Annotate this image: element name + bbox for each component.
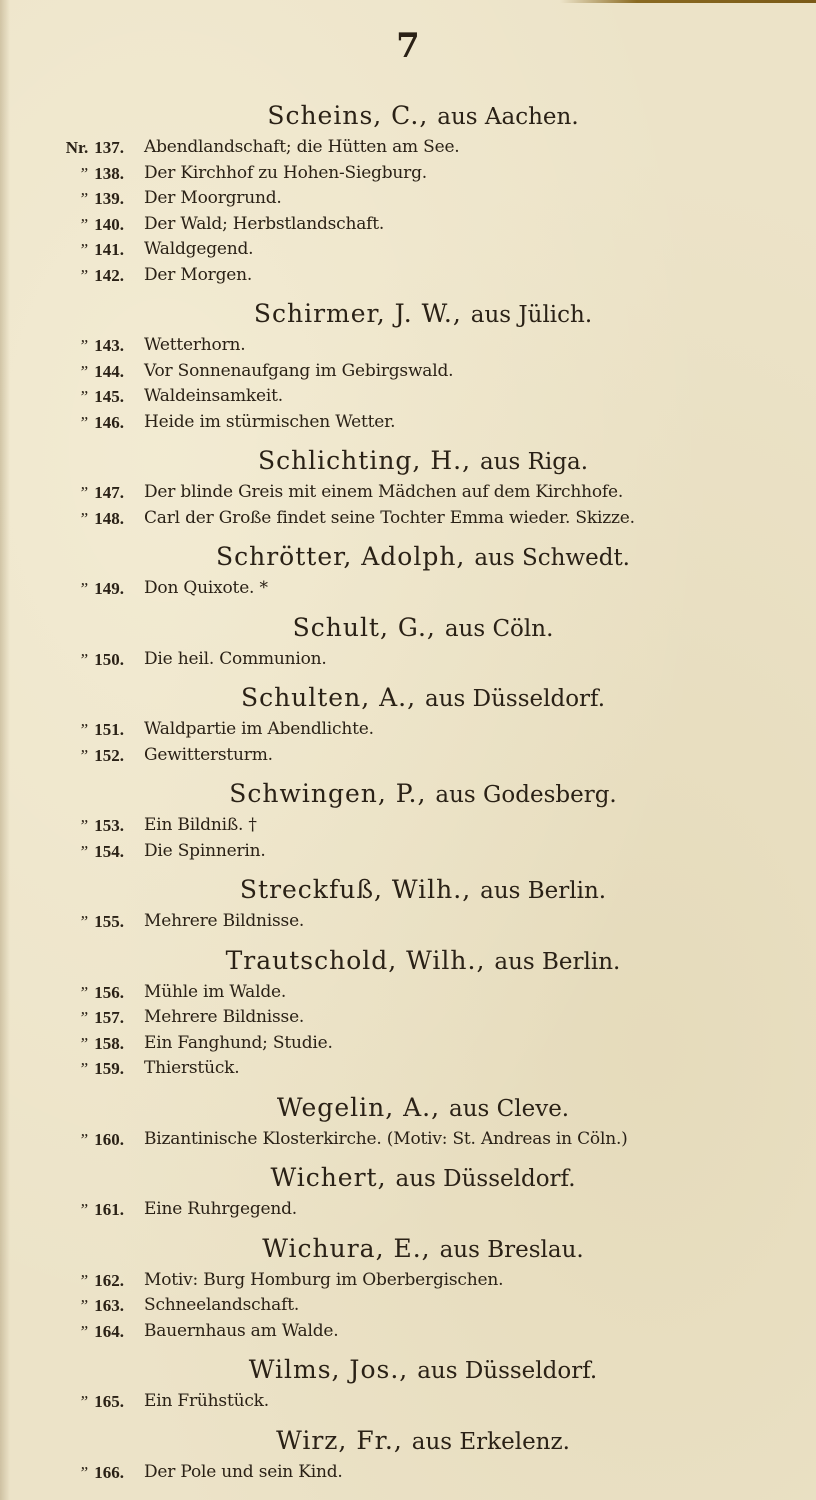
entry-number-value: 157. <box>94 1008 124 1027</box>
entry-number-value: 146. <box>94 413 124 432</box>
entry-number-value: 141. <box>94 240 124 259</box>
entry-title: Motiv: Burg Homburg im Oberbergischen. <box>144 1268 503 1294</box>
artist-origin: aus Berlin. <box>480 878 606 904</box>
entry-number: ”163. <box>40 1293 124 1319</box>
entry-number: ”158. <box>40 1031 124 1057</box>
entry-number-value: 163. <box>94 1296 124 1315</box>
entry-number: ”153. <box>40 813 124 839</box>
entry-prefix: ” <box>79 336 88 355</box>
entry-number-value: 145. <box>94 387 124 406</box>
entry-title: Die heil. Communion. <box>144 647 327 673</box>
entry-title: Ein Fanghund; Studie. <box>144 1031 333 1057</box>
catalog-entry: ”147.Der blinde Greis mit einem Mädchen … <box>0 480 816 506</box>
catalog-entry: ”166.Der Pole und sein Kind. <box>0 1460 816 1486</box>
catalog-entry: ”150.Die heil. Communion. <box>0 647 816 673</box>
artist-origin: aus Düsseldorf. <box>425 686 605 712</box>
entry-prefix: ” <box>79 266 88 285</box>
entry-title: Vor Sonnenaufgang im Gebirgswald. <box>144 359 453 385</box>
entry-title: Carl der Große findet seine Tochter Emma… <box>144 506 635 532</box>
entry-prefix: ” <box>79 509 88 528</box>
entry-number: ”144. <box>40 359 124 385</box>
entry-prefix: ” <box>79 1059 88 1078</box>
entry-title: Gewittersturm. <box>144 743 273 769</box>
entry-number-value: 154. <box>94 842 124 861</box>
entry-prefix: ” <box>79 1463 88 1482</box>
entry-number: ”148. <box>40 506 124 532</box>
entry-title: Der Pole und sein Kind. <box>144 1460 343 1486</box>
entry-prefix: ” <box>79 1271 88 1290</box>
artist-heading: Schirmer, J. W., aus Jülich. <box>0 296 816 333</box>
entry-number: ”157. <box>40 1005 124 1031</box>
catalog-entry: ”138.Der Kirchhof zu Hohen-Siegburg. <box>0 161 816 187</box>
entry-number-value: 160. <box>94 1130 124 1149</box>
entry-prefix: ” <box>79 720 88 739</box>
entry-prefix: ” <box>79 1296 88 1315</box>
entry-number-value: 156. <box>94 983 124 1002</box>
entry-prefix: ” <box>79 650 88 669</box>
entry-number-value: 159. <box>94 1059 124 1078</box>
artist-heading: Trautschold, Wilh., aus Berlin. <box>0 943 816 980</box>
catalog-entry: ”151.Waldpartie im Abendlichte. <box>0 717 816 743</box>
entry-title: Ein Bildniß. † <box>144 813 257 839</box>
entry-number: ”166. <box>40 1460 124 1486</box>
artist-name: Schrötter, Adolph, <box>216 542 465 571</box>
entry-number-value: 138. <box>94 164 124 183</box>
catalog-entry: ”143.Wetterhorn. <box>0 333 816 359</box>
entry-number-value: 150. <box>94 650 124 669</box>
entry-number: ”139. <box>40 186 124 212</box>
entry-prefix: ” <box>79 816 88 835</box>
artist-heading: Wegelin, A., aus Cleve. <box>0 1090 816 1127</box>
artist-heading: Scheins, C., aus Aachen. <box>0 98 816 135</box>
entry-number-value: 149. <box>94 579 124 598</box>
catalog-entry: ”144.Vor Sonnenaufgang im Gebirgswald. <box>0 359 816 385</box>
entry-prefix: ” <box>79 983 88 1002</box>
entry-prefix: ” <box>79 483 88 502</box>
entry-number: ”162. <box>40 1268 124 1294</box>
artist-name: Trautschold, Wilh., <box>226 946 486 975</box>
entry-prefix: ” <box>79 1130 88 1149</box>
entry-prefix: ” <box>79 215 88 234</box>
entry-title: Don Quixote. * <box>144 576 268 602</box>
entry-title: Der Moorgrund. <box>144 186 282 212</box>
entry-title: Waldeinsamkeit. <box>144 384 283 410</box>
entry-number: Nr.137. <box>40 135 124 161</box>
entry-title: Bauernhaus am Walde. <box>144 1319 338 1345</box>
entry-title: Waldpartie im Abendlichte. <box>144 717 374 743</box>
artist-name: Wegelin, A., <box>277 1093 440 1122</box>
artist-name: Wilms, Jos., <box>249 1355 408 1384</box>
catalog-entry: ”164.Bauernhaus am Walde. <box>0 1319 816 1345</box>
artist-heading: Wichert, aus Düsseldorf. <box>0 1160 816 1197</box>
entry-title: Thierstück. <box>144 1056 239 1082</box>
artist-name: Schwingen, P., <box>229 779 426 808</box>
catalog-entry: ”149.Don Quixote. * <box>0 576 816 602</box>
artist-origin: aus Cöln. <box>445 616 554 642</box>
artist-origin: aus Aachen. <box>437 104 578 130</box>
page-top-edge <box>560 0 816 3</box>
entry-title: Ein Frühstück. <box>144 1389 269 1415</box>
artist-heading: Wichura, E., aus Breslau. <box>0 1231 816 1268</box>
artist-name: Wichura, E., <box>262 1234 430 1263</box>
entry-number: ”155. <box>40 909 124 935</box>
entry-number: ”151. <box>40 717 124 743</box>
artist-origin: aus Cleve. <box>449 1096 569 1122</box>
entry-prefix: ” <box>79 240 88 259</box>
entry-number-value: 152. <box>94 746 124 765</box>
entry-number: ”142. <box>40 263 124 289</box>
entry-number: ”138. <box>40 161 124 187</box>
artist-heading: Streckfuß, Wilh., aus Berlin. <box>0 872 816 909</box>
artist-origin: aus Erkelenz. <box>412 1429 570 1455</box>
catalog-entry: ”145.Waldeinsamkeit. <box>0 384 816 410</box>
entry-title: Heide im stürmischen Wetter. <box>144 410 395 436</box>
entry-number-value: 140. <box>94 215 124 234</box>
entry-number: ”143. <box>40 333 124 359</box>
artist-name: Wichert, <box>270 1163 386 1192</box>
catalog-entry: ”152.Gewittersturm. <box>0 743 816 769</box>
entry-title: Der Morgen. <box>144 263 252 289</box>
entry-title: Der blinde Greis mit einem Mädchen auf d… <box>144 480 623 506</box>
entry-title: Der Kirchhof zu Hohen-Siegburg. <box>144 161 427 187</box>
entry-prefix: ” <box>79 164 88 183</box>
catalog-entry: ”165.Ein Frühstück. <box>0 1389 816 1415</box>
entry-number: ”149. <box>40 576 124 602</box>
catalog-entry: ”140.Der Wald; Herbstlandschaft. <box>0 212 816 238</box>
entry-prefix: ” <box>79 413 88 432</box>
catalog-entry: ”142.Der Morgen. <box>0 263 816 289</box>
entry-number: ”140. <box>40 212 124 238</box>
entry-number-value: 148. <box>94 509 124 528</box>
catalog-entry: ”148.Carl der Große findet seine Tochter… <box>0 506 816 532</box>
entry-number: ”154. <box>40 839 124 865</box>
artist-origin: aus Breslau. <box>440 1237 584 1263</box>
catalog-entry: ”161.Eine Ruhrgegend. <box>0 1197 816 1223</box>
artist-origin: aus Schwedt. <box>474 545 630 571</box>
artist-origin: aus Düsseldorf. <box>417 1358 597 1384</box>
entry-number-value: 137. <box>94 138 124 157</box>
entry-prefix: ” <box>79 189 88 208</box>
artist-heading: Wilms, Jos., aus Düsseldorf. <box>0 1352 816 1389</box>
catalog-list: Scheins, C., aus Aachen.Nr.137.Abendland… <box>0 90 816 1485</box>
artist-heading: Schrötter, Adolph, aus Schwedt. <box>0 539 816 576</box>
artist-name: Scheins, C., <box>267 101 428 130</box>
entry-number-value: 162. <box>94 1271 124 1290</box>
entry-number: ”159. <box>40 1056 124 1082</box>
entry-prefix: ” <box>79 1322 88 1341</box>
catalog-entry: ”162.Motiv: Burg Homburg im Oberbergisch… <box>0 1268 816 1294</box>
entry-number-value: 165. <box>94 1392 124 1411</box>
entry-prefix: ” <box>79 1034 88 1053</box>
entry-number: ”161. <box>40 1197 124 1223</box>
entry-prefix: ” <box>79 1200 88 1219</box>
entry-prefix: ” <box>79 1008 88 1027</box>
artist-origin: aus Jülich. <box>471 302 592 328</box>
entry-number-value: 164. <box>94 1322 124 1341</box>
entry-number-value: 153. <box>94 816 124 835</box>
artist-heading: Schwingen, P., aus Godesberg. <box>0 776 816 813</box>
entry-title: Waldgegend. <box>144 237 253 263</box>
entry-title: Bizantinische Klosterkirche. (Motiv: St.… <box>144 1127 628 1153</box>
entry-number: ”145. <box>40 384 124 410</box>
artist-name: Schirmer, J. W., <box>254 299 462 328</box>
artist-heading: Schlichting, H., aus Riga. <box>0 443 816 480</box>
artist-name: Schlichting, H., <box>258 446 471 475</box>
catalog-entry: ”155.Mehrere Bildnisse. <box>0 909 816 935</box>
entry-number-value: 155. <box>94 912 124 931</box>
catalog-entry: Nr.137.Abendlandschaft; die Hütten am Se… <box>0 135 816 161</box>
entry-number-value: 147. <box>94 483 124 502</box>
catalog-entry: ”139.Der Moorgrund. <box>0 186 816 212</box>
artist-name: Schulten, A., <box>241 683 416 712</box>
entry-prefix: ” <box>79 746 88 765</box>
artist-origin: aus Godesberg. <box>435 782 616 808</box>
artist-heading: Wirz, Fr., aus Erkelenz. <box>0 1423 816 1460</box>
entry-number-value: 151. <box>94 720 124 739</box>
entry-title: Wetterhorn. <box>144 333 245 359</box>
artist-name: Streckfuß, Wilh., <box>240 875 471 904</box>
entry-title: Abendlandschaft; die Hütten am See. <box>144 135 460 161</box>
catalog-entry: ”160.Bizantinische Klosterkirche. (Motiv… <box>0 1127 816 1153</box>
entry-title: Mühle im Walde. <box>144 980 286 1006</box>
entry-number: ”160. <box>40 1127 124 1153</box>
entry-number: ”156. <box>40 980 124 1006</box>
entry-prefix: ” <box>79 912 88 931</box>
entry-number-value: 142. <box>94 266 124 285</box>
entry-number: ”152. <box>40 743 124 769</box>
page-number: 7 <box>0 26 816 66</box>
catalog-entry: ”163.Schneelandschaft. <box>0 1293 816 1319</box>
artist-origin: aus Berlin. <box>494 949 620 975</box>
entry-title: Mehrere Bildnisse. <box>144 909 304 935</box>
entry-prefix: ” <box>79 387 88 406</box>
entry-title: Mehrere Bildnisse. <box>144 1005 304 1031</box>
entry-number: ”164. <box>40 1319 124 1345</box>
entry-number: ”165. <box>40 1389 124 1415</box>
catalog-entry: ”141.Waldgegend. <box>0 237 816 263</box>
catalog-entry: ”159.Thierstück. <box>0 1056 816 1082</box>
entry-prefix: ” <box>79 362 88 381</box>
entry-number: ”147. <box>40 480 124 506</box>
entry-title: Eine Ruhrgegend. <box>144 1197 297 1223</box>
catalog-entry: ”146.Heide im stürmischen Wetter. <box>0 410 816 436</box>
entry-number: ”146. <box>40 410 124 436</box>
catalog-entry: ”153.Ein Bildniß. † <box>0 813 816 839</box>
catalog-entry: ”157.Mehrere Bildnisse. <box>0 1005 816 1031</box>
entry-number-value: 158. <box>94 1034 124 1053</box>
entry-number: ”150. <box>40 647 124 673</box>
artist-origin: aus Düsseldorf. <box>396 1166 576 1192</box>
artist-name: Schult, G., <box>293 613 436 642</box>
entry-number-value: 143. <box>94 336 124 355</box>
entry-title: Schneelandschaft. <box>144 1293 299 1319</box>
entry-number-value: 161. <box>94 1200 124 1219</box>
entry-number: ”141. <box>40 237 124 263</box>
entry-title: Der Wald; Herbstlandschaft. <box>144 212 384 238</box>
entry-prefix: ” <box>79 579 88 598</box>
entry-prefix: Nr. <box>66 138 89 157</box>
entry-prefix: ” <box>79 842 88 861</box>
entry-number-value: 139. <box>94 189 124 208</box>
entry-prefix: ” <box>79 1392 88 1411</box>
catalog-entry: ”156.Mühle im Walde. <box>0 980 816 1006</box>
artist-heading: Schulten, A., aus Düsseldorf. <box>0 680 816 717</box>
catalog-entry: ”158.Ein Fanghund; Studie. <box>0 1031 816 1057</box>
entry-title: Die Spinnerin. <box>144 839 266 865</box>
artist-name: Wirz, Fr., <box>276 1426 403 1455</box>
artist-origin: aus Riga. <box>480 449 588 475</box>
entry-number-value: 166. <box>94 1463 124 1482</box>
entry-number-value: 144. <box>94 362 124 381</box>
artist-heading: Schult, G., aus Cöln. <box>0 610 816 647</box>
catalog-entry: ”154.Die Spinnerin. <box>0 839 816 865</box>
